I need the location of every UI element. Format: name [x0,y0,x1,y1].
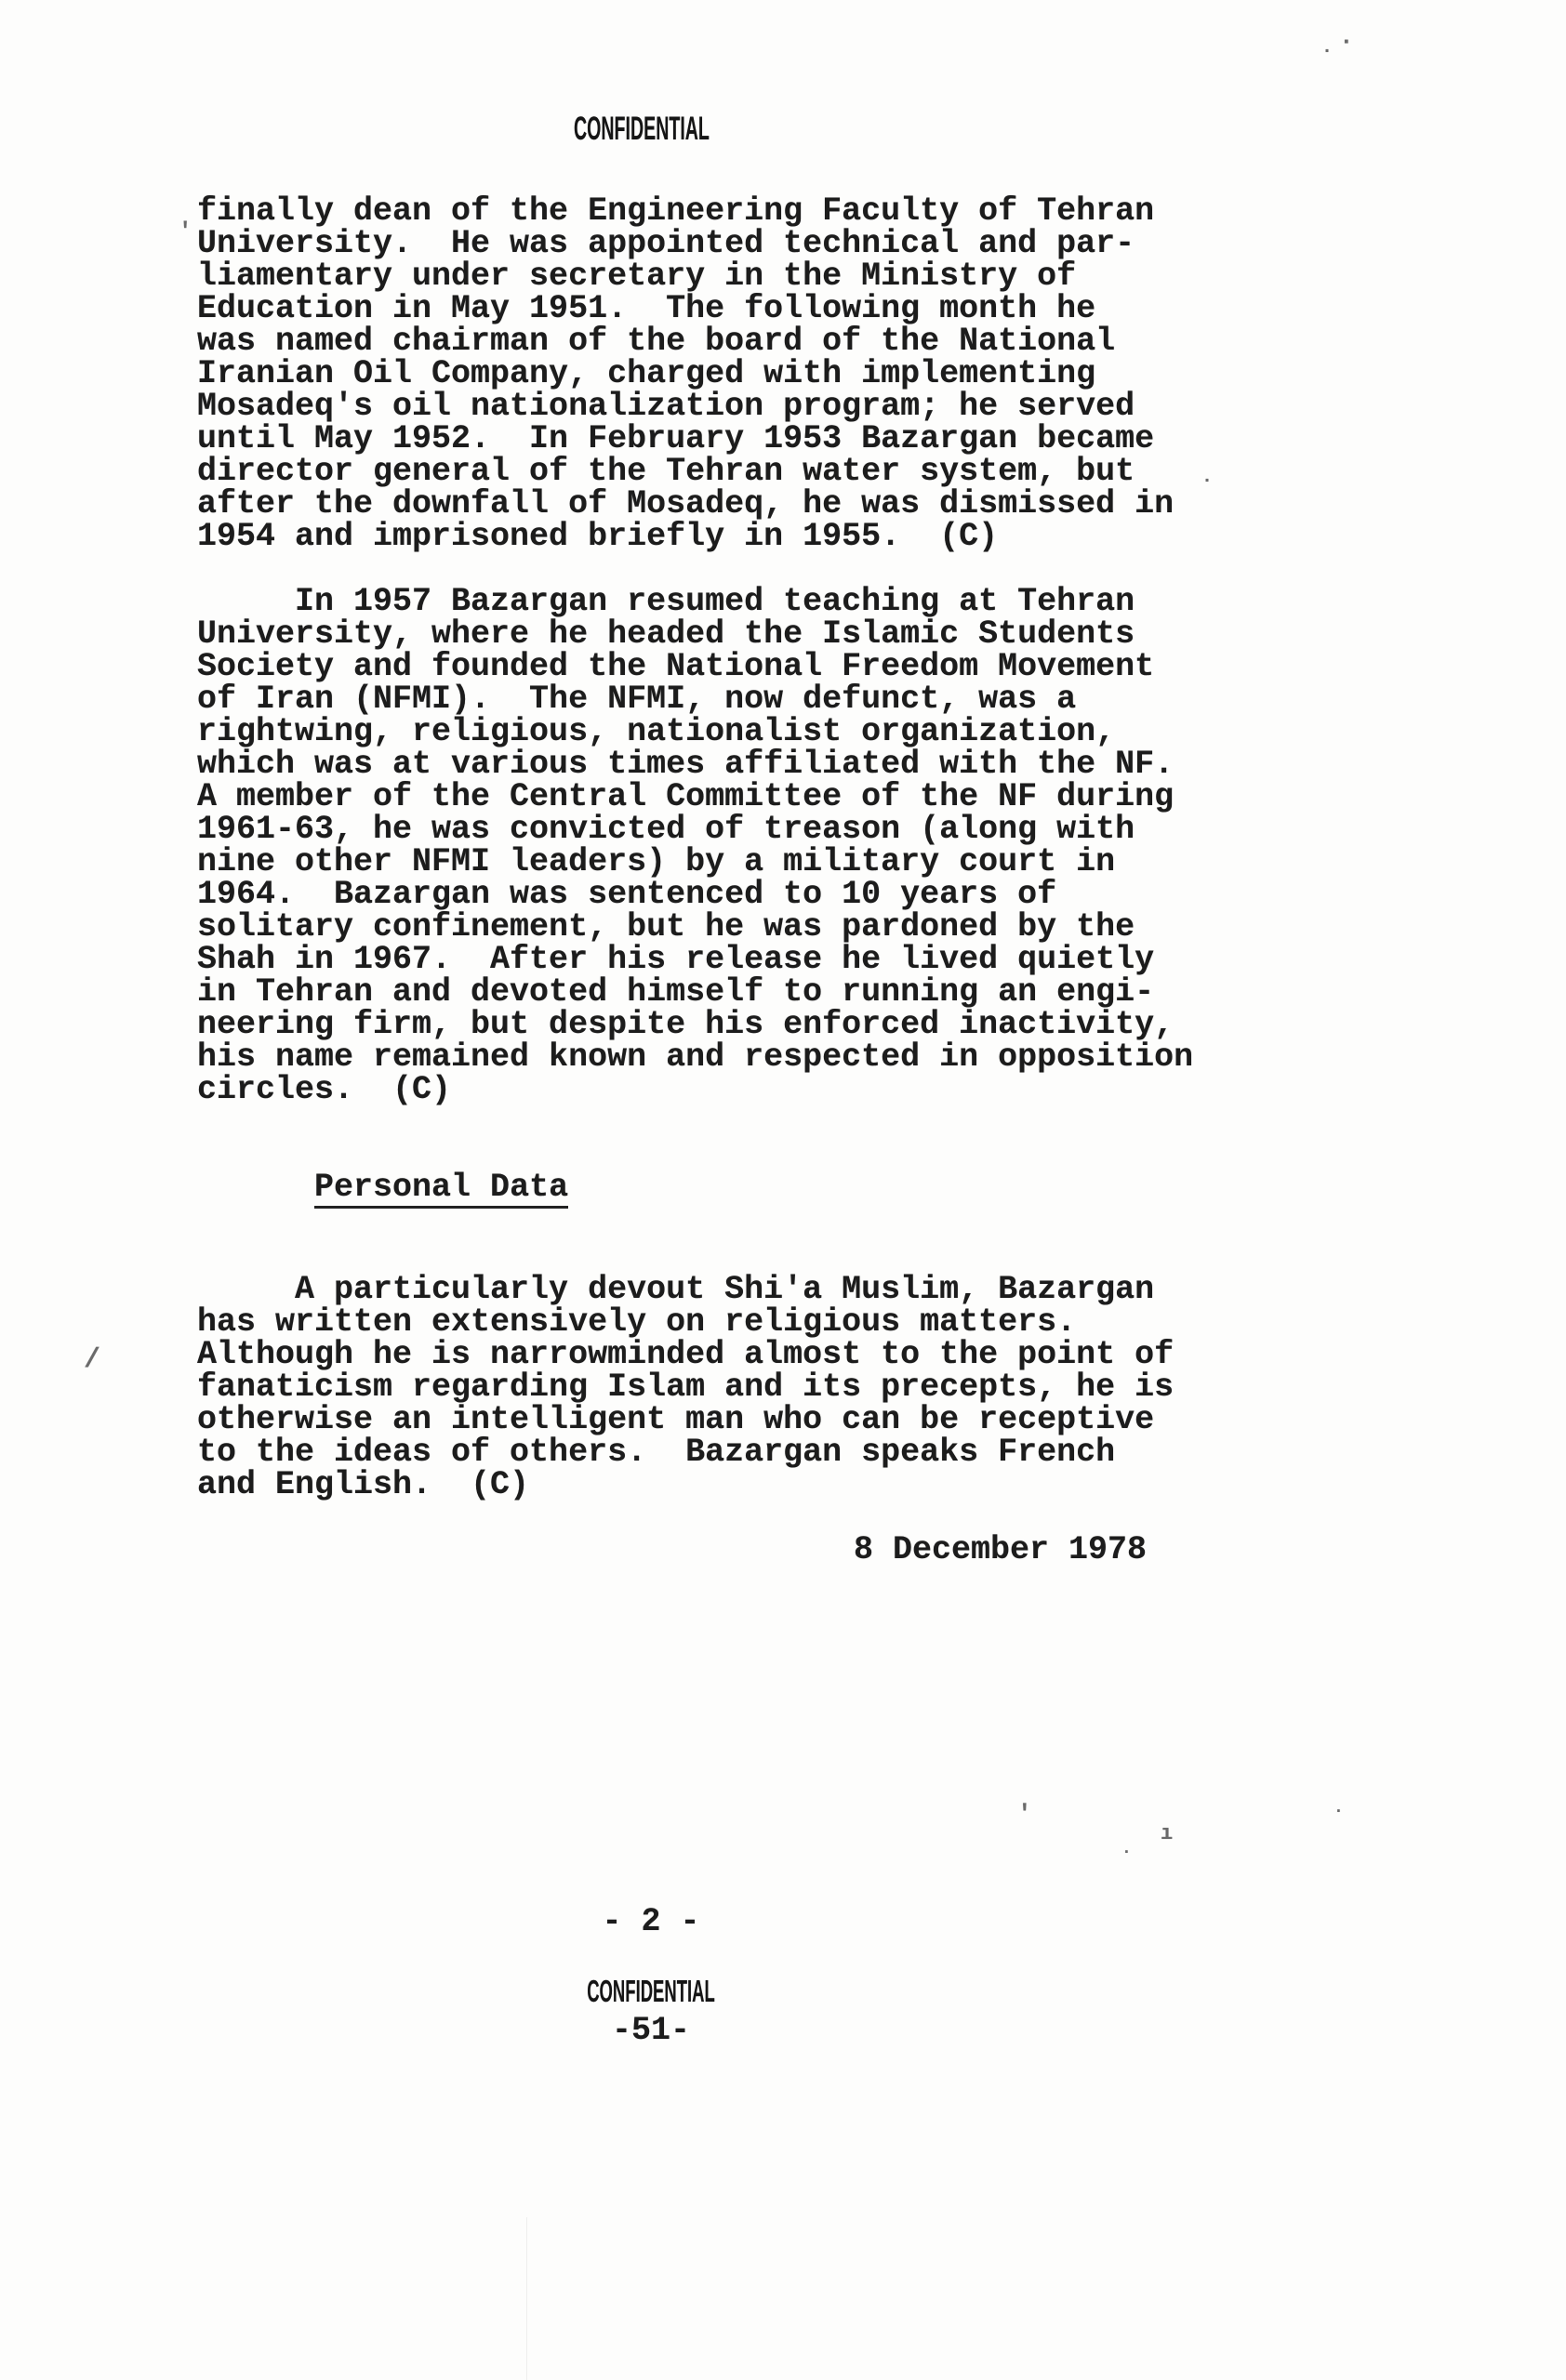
classification-stamp-top: CONFIDENTIAL [574,112,710,145]
document-footer: - 2 - CONFIDENTIAL -51- [515,1906,787,2047]
scan-artifact-mark: · [1321,43,1333,61]
paragraph-career-history: finally dean of the Engineering Faculty … [197,195,1239,553]
document-date: 8 December 1978 [197,1534,1239,1567]
scan-artifact-mark: · [1339,30,1354,54]
scan-crease-line [526,2217,527,2380]
scan-artifact-mark: · [1201,472,1213,491]
section-heading-row: Personal Data [197,1139,1239,1241]
paragraph-personal-data: A particularly devout Shi'a Muslim, Baza… [197,1274,1239,1501]
classification-stamp-bottom: CONFIDENTIAL [575,1976,727,2006]
scan-artifact-mark: ' [1017,1802,1032,1826]
scan-artifact-mark: · [1334,1804,1344,1820]
scan-artifact-mark: · [1121,1844,1132,1861]
document-body: finally dean of the Engineering Faculty … [197,195,1239,1567]
scan-artifact-mark: ı [1161,1824,1173,1844]
paragraph-political-history: In 1957 Bazargan resumed teaching at Teh… [197,586,1239,1106]
page-number: - 2 - [515,1906,787,1938]
scan-artifact-mark: ' [179,221,192,244]
scanned-document-page: CONFIDENTIAL finally dean of the Enginee… [0,0,1566,2380]
page-serial-number: -51- [515,2015,787,2047]
section-heading-personal-data: Personal Data [314,1171,568,1209]
scan-artifact-mark: / [84,1346,100,1374]
